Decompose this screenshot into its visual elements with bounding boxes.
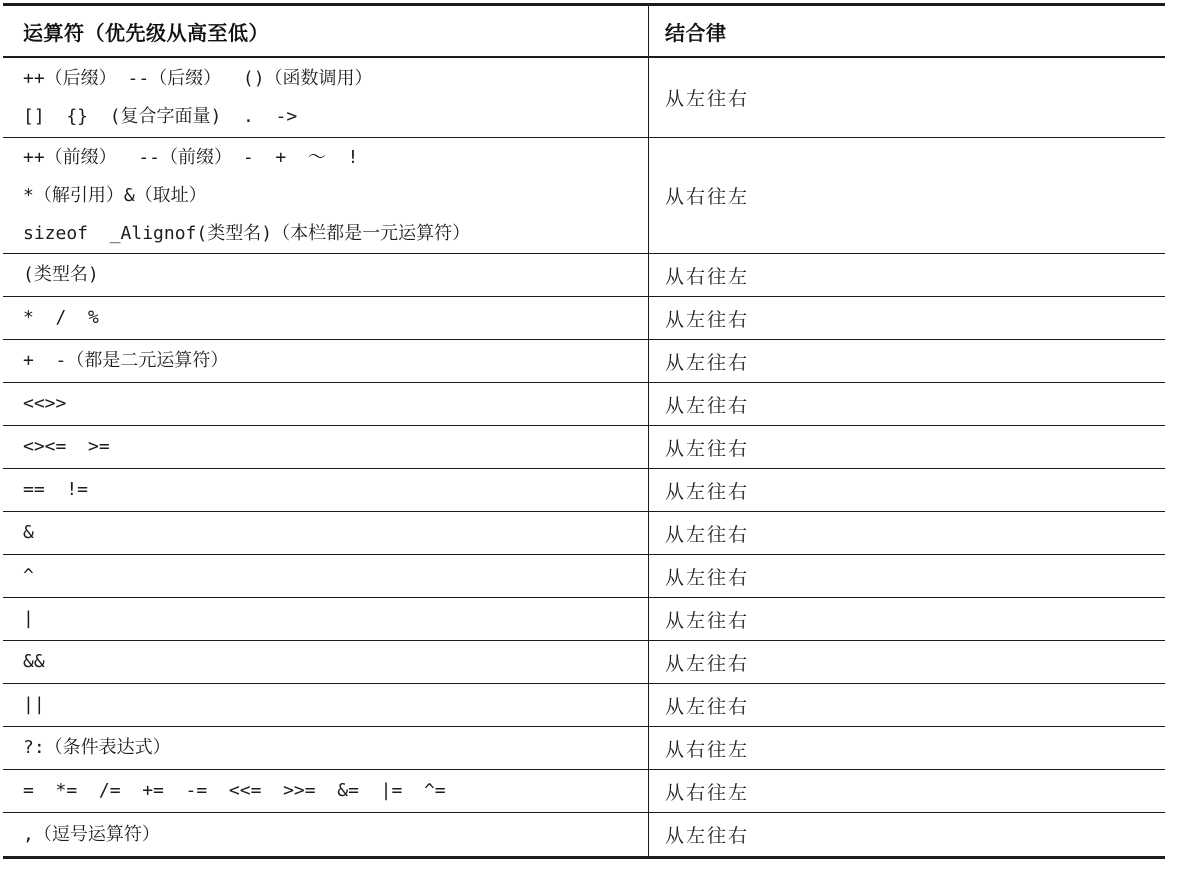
- operator-line: [] {} (复合字面量) . ->: [23, 98, 640, 136]
- table-row: ++（后缀） --（后缀） ()（函数调用）[] {} (复合字面量) . ->…: [3, 58, 1165, 138]
- associativity-cell: 从左往右: [649, 598, 1165, 640]
- associativity-cell: 从左往右: [649, 813, 1165, 856]
- operator-line: ^: [23, 557, 640, 595]
- operator-cell: ||: [3, 684, 649, 726]
- associativity-cell: 从左往右: [649, 641, 1165, 683]
- operator-line: <<>>: [23, 385, 640, 423]
- operator-cell: ++（后缀） --（后缀） ()（函数调用）[] {} (复合字面量) . ->: [3, 58, 649, 137]
- table-row: = *= /= += -= <<= >>= &= |= ^=从右往左: [3, 770, 1165, 813]
- table-row: ?:（条件表达式）从右往左: [3, 727, 1165, 770]
- operator-precedence-table: 运算符（优先级从高至低） 结合律 ++（后缀） --（后缀） ()（函数调用）[…: [3, 3, 1165, 859]
- operator-line: ++（前缀） --（前缀） - + ～ !: [23, 139, 640, 177]
- operator-line: == !=: [23, 471, 640, 509]
- table-row: * / %从左往右: [3, 297, 1165, 340]
- associativity-cell: 从左往右: [649, 469, 1165, 511]
- associativity-column-header: 结合律: [649, 6, 1165, 56]
- operator-cell: (类型名): [3, 254, 649, 296]
- operator-line: sizeof _Alignof(类型名)（本栏都是一元运算符）: [23, 215, 640, 253]
- document-page: 运算符（优先级从高至低） 结合律 ++（后缀） --（后缀） ()（函数调用）[…: [0, 0, 1189, 869]
- operator-cell: + -（都是二元运算符）: [3, 340, 649, 382]
- table-row: ||从左往右: [3, 684, 1165, 727]
- associativity-cell: 从左往右: [649, 58, 1165, 137]
- associativity-cell: 从左往右: [649, 426, 1165, 468]
- operator-line: (类型名): [23, 256, 640, 294]
- operator-cell: <><= >=: [3, 426, 649, 468]
- table-row: |从左往右: [3, 598, 1165, 641]
- associativity-cell: 从右往左: [649, 254, 1165, 296]
- table-row: + -（都是二元运算符）从左往右: [3, 340, 1165, 383]
- table-row: ^从左往右: [3, 555, 1165, 598]
- table-header-row: 运算符（优先级从高至低） 结合律: [3, 6, 1165, 58]
- table-row: (类型名)从右往左: [3, 254, 1165, 297]
- associativity-cell: 从左往右: [649, 340, 1165, 382]
- operator-cell: ^: [3, 555, 649, 597]
- table-row: ,（逗号运算符）从左往右: [3, 813, 1165, 856]
- table-row: <><= >=从左往右: [3, 426, 1165, 469]
- associativity-cell: 从左往右: [649, 297, 1165, 339]
- operator-line: ++（后缀） --（后缀） ()（函数调用）: [23, 60, 640, 98]
- table-row: <<>>从左往右: [3, 383, 1165, 426]
- associativity-cell: 从左往右: [649, 684, 1165, 726]
- operator-cell: &&: [3, 641, 649, 683]
- operator-cell: == !=: [3, 469, 649, 511]
- operator-line: ||: [23, 686, 640, 724]
- operator-cell: ++（前缀） --（前缀） - + ～ !*（解引用）&（取址）sizeof _…: [3, 138, 649, 253]
- operator-cell: = *= /= += -= <<= >>= &= |= ^=: [3, 770, 649, 812]
- operator-line: = *= /= += -= <<= >>= &= |= ^=: [23, 772, 640, 810]
- table-body: ++（后缀） --（后缀） ()（函数调用）[] {} (复合字面量) . ->…: [3, 58, 1165, 856]
- operator-line: &: [23, 514, 640, 552]
- operator-line: &&: [23, 643, 640, 681]
- operator-line: *（解引用）&（取址）: [23, 177, 640, 215]
- associativity-cell: 从右往左: [649, 727, 1165, 769]
- operator-cell: |: [3, 598, 649, 640]
- operator-cell: ?:（条件表达式）: [3, 727, 649, 769]
- operator-cell: * / %: [3, 297, 649, 339]
- associativity-cell: 从左往右: [649, 512, 1165, 554]
- associativity-cell: 从右往左: [649, 770, 1165, 812]
- table-row: &&从左往右: [3, 641, 1165, 684]
- operator-cell: ,（逗号运算符）: [3, 813, 649, 856]
- table-row: == !=从左往右: [3, 469, 1165, 512]
- associativity-cell: 从左往右: [649, 555, 1165, 597]
- associativity-cell: 从右往左: [649, 138, 1165, 253]
- associativity-cell: 从左往右: [649, 383, 1165, 425]
- operator-line: + -（都是二元运算符）: [23, 342, 640, 380]
- operator-cell: &: [3, 512, 649, 554]
- operators-column-header: 运算符（优先级从高至低）: [3, 6, 649, 56]
- operator-cell: <<>>: [3, 383, 649, 425]
- operator-line: ,（逗号运算符）: [23, 816, 640, 854]
- operator-line: * / %: [23, 299, 640, 337]
- table-row: &从左往右: [3, 512, 1165, 555]
- table-row: ++（前缀） --（前缀） - + ～ !*（解引用）&（取址）sizeof _…: [3, 138, 1165, 254]
- operator-line: ?:（条件表达式）: [23, 729, 640, 767]
- operator-line: |: [23, 600, 640, 638]
- operator-line: <><= >=: [23, 428, 640, 466]
